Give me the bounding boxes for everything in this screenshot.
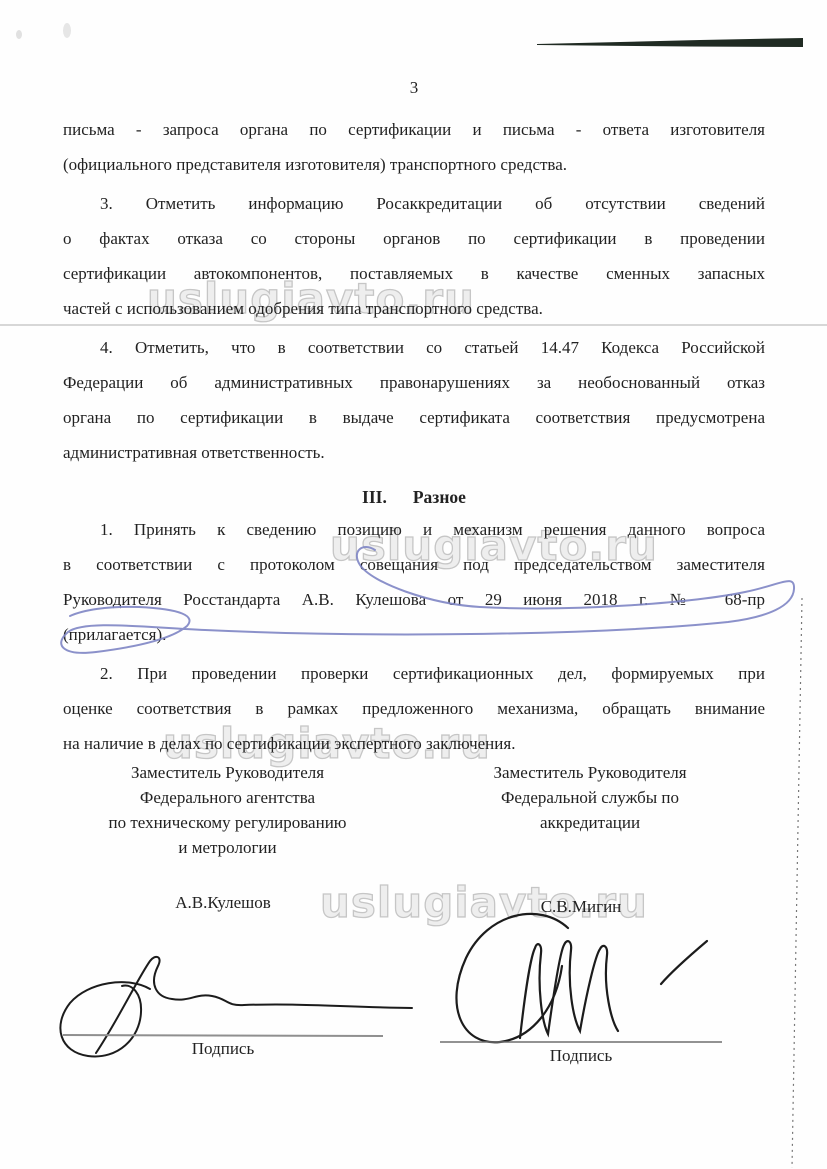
text-line: (официального представителя изготовителя… (63, 147, 765, 182)
signatory-name-right: С.В.Мигин (440, 897, 722, 917)
signature-right (456, 914, 707, 1042)
scan-artifact-dashed-line (792, 598, 802, 1168)
paragraph: 3. Отметить информацию Росаккредитации о… (63, 186, 765, 326)
paragraph: 2. При проведении проверки сертификацион… (63, 656, 765, 761)
scan-artifact-bar (537, 38, 803, 47)
text-line: о фактах отказа со стороны органов по се… (63, 221, 765, 256)
signatory-title-left: Заместитель РуководителяФедерального аге… (75, 760, 380, 860)
text-line: (прилагается). (63, 617, 765, 652)
paragraph: письма - запроса органа по сертификации … (63, 112, 765, 182)
signature-line-left (63, 1035, 383, 1036)
text-line: в соответствии с протоколом совещания по… (63, 547, 765, 582)
text-line: частей с использованием одобрения типа т… (63, 291, 765, 326)
scan-speck (63, 23, 71, 38)
signatory-name-left: А.В.Кулешов (63, 893, 383, 913)
section-title: Разное (413, 487, 466, 507)
text-line: на наличие в делах по сертификации экспе… (63, 726, 765, 761)
paragraph: 4. Отметить, что в соответствии со стать… (63, 330, 765, 470)
text-line: 3. Отметить информацию Росаккредитации о… (63, 186, 765, 221)
signatory-title-right: Заместитель РуководителяФедеральной служ… (450, 760, 730, 835)
page-number: 3 (63, 78, 765, 98)
signatory-title-line: Заместитель Руководителя (75, 760, 380, 785)
scan-speck (16, 30, 22, 39)
scanned-document-page: uslugiavto.ruuslugiavto.ruuslugiavto.ruu… (0, 0, 827, 1169)
text-line: письма - запроса органа по сертификации … (63, 112, 765, 147)
signatory-title-line: по техническому регулированию (75, 810, 380, 835)
document-body: письма - запроса органа по сертификации … (63, 112, 765, 765)
signatory-title-line: и метрологии (75, 835, 380, 860)
signatory-title-line: Федеральной службы по (450, 785, 730, 810)
text-line: сертификации автокомпонентов, поставляем… (63, 256, 765, 291)
section-heading: III.Разное (63, 482, 765, 512)
text-line: Федерации об административных правонаруш… (63, 365, 765, 400)
text-line: 4. Отметить, что в соответствии со стать… (63, 330, 765, 365)
signatory-title-line: аккредитации (450, 810, 730, 835)
text-line: 1. Принять к сведению позицию и механизм… (63, 512, 765, 547)
paragraph: 1. Принять к сведению позицию и механизм… (63, 512, 765, 652)
section-numeral: III. (362, 487, 387, 507)
signature-caption-right: Подпись (440, 1046, 722, 1066)
text-line: органа по сертификации в выдаче сертифик… (63, 400, 765, 435)
signature-caption-left: Подпись (63, 1039, 383, 1059)
text-line: 2. При проведении проверки сертификацион… (63, 656, 765, 691)
signatory-title-line: Заместитель Руководителя (450, 760, 730, 785)
text-line: оценке соответствия в рамках предложенно… (63, 691, 765, 726)
text-line: административная ответственность. (63, 435, 765, 470)
signatory-title-line: Федерального агентства (75, 785, 380, 810)
text-line: Руководителя Росстандарта А.В. Кулешова … (63, 582, 765, 617)
